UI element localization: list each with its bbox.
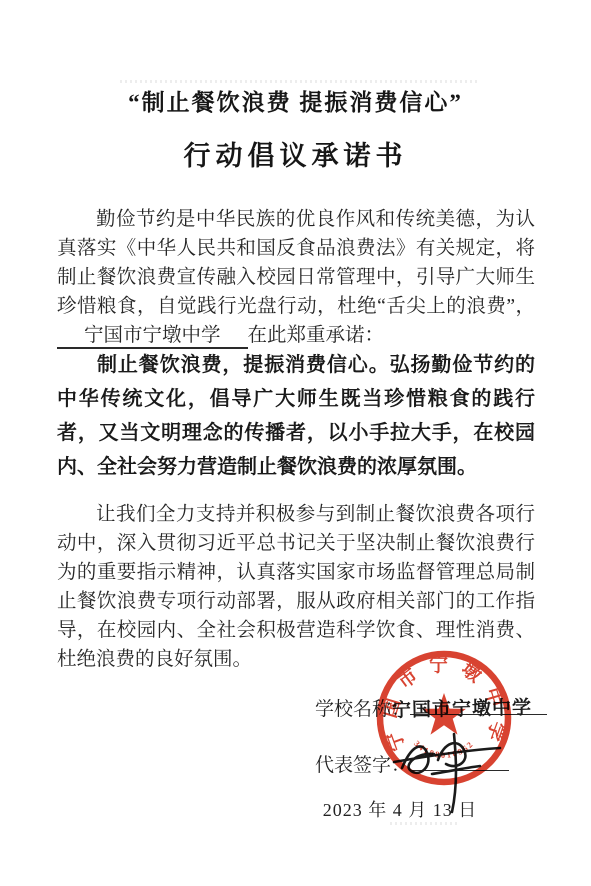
seal-star-icon: [422, 693, 466, 735]
document-title-line2: 行动倡议承诺书: [0, 134, 591, 173]
seal-serial-number: 34188010962: [412, 738, 476, 760]
scan-noise-artifact: [120, 80, 480, 83]
scan-noise-artifact: [390, 822, 460, 825]
school-name-underlined: 宁国市宁墩中学: [57, 325, 248, 349]
document-title-line1: “制止餐饮浪费 提振消费信心”: [0, 84, 591, 117]
paragraph-commitment: 制止餐饮浪费，提振消费信心。弘扬勤俭节约的中华传统文化，倡导广大师生既当珍惜粮食…: [57, 348, 535, 484]
official-red-seal: 宁国市宁墩中学 34188010962: [370, 644, 520, 796]
paragraph-intro-tail: 在此郑重承诺：: [248, 325, 385, 346]
paragraph-intro: 勤俭节约是中华民族的优良作风和传统美德，为认真落实《中华人民共和国反食品浪费法》…: [57, 205, 535, 350]
svg-text:34188010962: 34188010962: [412, 738, 476, 760]
paragraph-intro-text: 勤俭节约是中华民族的优良作风和传统美德，为认真落实《中华人民共和国反食品浪费法》…: [57, 209, 535, 317]
scanned-document-page: “制止餐饮浪费 提振消费信心” 行动倡议承诺书 勤俭节约是中华民族的优良作风和传…: [0, 0, 591, 886]
